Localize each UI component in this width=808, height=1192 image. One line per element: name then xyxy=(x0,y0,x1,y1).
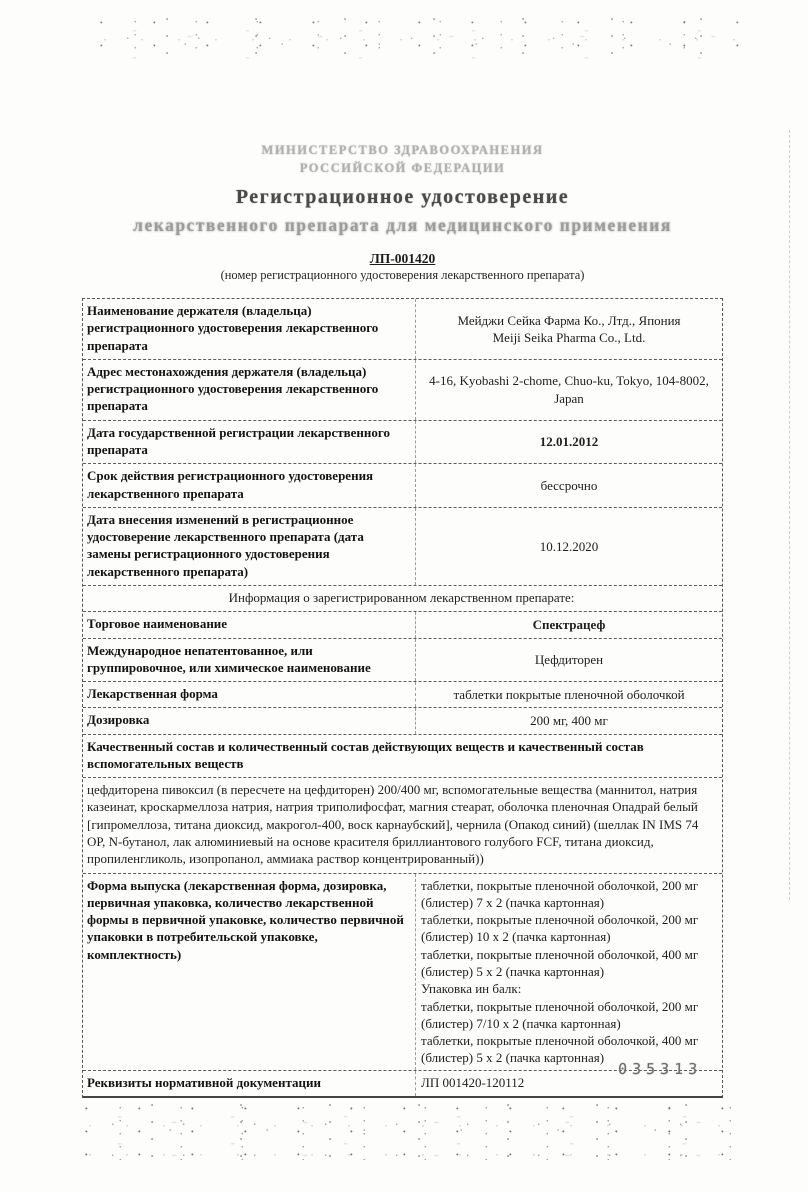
serial-stamp-number: 035313 xyxy=(617,1060,702,1078)
address-label: Адрес местонахождения держателя (владель… xyxy=(83,360,415,420)
trade-name-label: Торговое наименование xyxy=(83,612,415,637)
amendment-date-value: 10.12.2020 xyxy=(415,508,722,585)
inn-value: Цефдиторен xyxy=(415,639,722,682)
table-row-trade-name: Торговое наименование Спектрацеф xyxy=(83,611,722,637)
document-title-line2: лекарственного препарата для медицинског… xyxy=(82,215,723,236)
registration-number-caption: (номер регистрационного удостоверения ле… xyxy=(82,268,723,283)
release-form-item: Упаковка ин балк: xyxy=(421,980,521,997)
trade-name-text: Спектрацеф xyxy=(533,616,606,633)
dosage-form-label: Лекарственная форма xyxy=(83,682,415,707)
registration-date-text: 12.01.2012 xyxy=(540,433,599,450)
release-form-label: Форма выпуска (лекарственная форма, дози… xyxy=(83,874,415,1070)
table-row-holder: Наименование держателя (владельца) регис… xyxy=(83,299,722,359)
address-value: 4-16, Kyobashi 2-chome, Chuo-ku, Tokyo, … xyxy=(415,360,722,420)
registration-date-label: Дата государственной регистрации лекарст… xyxy=(83,421,415,464)
normative-docs-text: ЛП 001420-120112 xyxy=(421,1074,524,1091)
amendment-date-text: 10.12.2020 xyxy=(540,538,599,555)
table-row-address: Адрес местонахождения держателя (владель… xyxy=(83,359,722,420)
release-form-item: таблетки, покрытые пленочной оболочкой, … xyxy=(421,911,716,946)
dosage-form-value: таблетки покрытые пленочной оболочкой xyxy=(415,682,722,707)
amendment-date-label: Дата внесения изменений в регистрационно… xyxy=(83,508,415,585)
holder-value-en: Meiji Seika Pharma Co., Ltd. xyxy=(493,329,646,346)
release-form-item: таблетки, покрытые пленочной оболочкой, … xyxy=(421,877,716,912)
document-title-line1: Регистрационное удостоверение xyxy=(82,186,723,209)
dosage-form-text: таблетки покрытые пленочной оболочкой xyxy=(453,686,684,703)
normative-docs-label: Реквизиты нормативной документации xyxy=(83,1071,415,1096)
scanned-certificate-page: МИНИСТЕРСТВО ЗДРАВООХРАНЕНИЯ РОССИЙСКОЙ … xyxy=(0,0,808,1192)
table-row-strength: Дозировка 200 мг, 400 мг xyxy=(83,707,722,733)
release-form-item: таблетки, покрытые пленочной оболочкой, … xyxy=(421,946,716,981)
table-row-dosage-form: Лекарственная форма таблетки покрытые пл… xyxy=(83,681,722,707)
scan-artifact-line xyxy=(789,130,790,900)
table-row-info-banner: Информация о зарегистрированном лекарств… xyxy=(83,585,722,611)
validity-label: Срок действия регистрационного удостовер… xyxy=(83,464,415,507)
table-row-release-form: Форма выпуска (лекарственная форма, дози… xyxy=(83,873,722,1070)
scan-noise-top xyxy=(95,16,740,60)
validity-value: бессрочно xyxy=(415,464,722,507)
holder-value-ru: Мейджи Сейка Фарма Ко., Лтд., Япония xyxy=(457,312,680,329)
certificate-table: Наименование держателя (владельца) регис… xyxy=(82,298,723,1098)
ministry-name-line1: МИНИСТЕРСТВО ЗДРАВООХРАНЕНИЯ xyxy=(82,143,723,158)
trade-name-value: Спектрацеф xyxy=(415,612,722,637)
inn-text: Цефдиторен xyxy=(535,651,603,668)
registration-number: ЛП-001420 xyxy=(82,251,723,267)
table-row-composition-text: цефдиторена пивоксил (в пересчете на цеф… xyxy=(83,777,722,872)
table-row-composition-header: Качественный состав и количественный сос… xyxy=(83,734,722,778)
release-form-item: таблетки, покрытые пленочной оболочкой, … xyxy=(421,998,716,1033)
registration-date-value: 12.01.2012 xyxy=(415,421,722,464)
holder-value: Мейджи Сейка Фарма Ко., Лтд., Япония Mei… xyxy=(415,299,722,359)
table-row-registration-date: Дата государственной регистрации лекарст… xyxy=(83,420,722,464)
scan-noise-bottom xyxy=(80,1102,740,1160)
table-row-normative-docs: Реквизиты нормативной документации ЛП 00… xyxy=(83,1070,722,1096)
strength-value: 200 мг, 400 мг xyxy=(415,708,722,733)
strength-text: 200 мг, 400 мг xyxy=(530,712,608,729)
address-value-text: 4-16, Kyobashi 2-chome, Chuo-ku, Tokyo, … xyxy=(422,372,716,407)
table-row-inn: Международное непатентованное, или групп… xyxy=(83,638,722,682)
ministry-name-line2: РОССИЙСКОЙ ФЕДЕРАЦИИ xyxy=(82,161,723,176)
table-row-amendment-date: Дата внесения изменений в регистрационно… xyxy=(83,507,722,585)
inn-label: Международное непатентованное, или групп… xyxy=(83,639,415,682)
strength-label: Дозировка xyxy=(83,708,415,733)
release-form-value: таблетки, покрытые пленочной оболочкой, … xyxy=(415,874,722,1070)
validity-text: бессрочно xyxy=(541,477,598,494)
holder-label: Наименование держателя (владельца) регис… xyxy=(83,299,415,359)
table-row-validity: Срок действия регистрационного удостовер… xyxy=(83,463,722,507)
